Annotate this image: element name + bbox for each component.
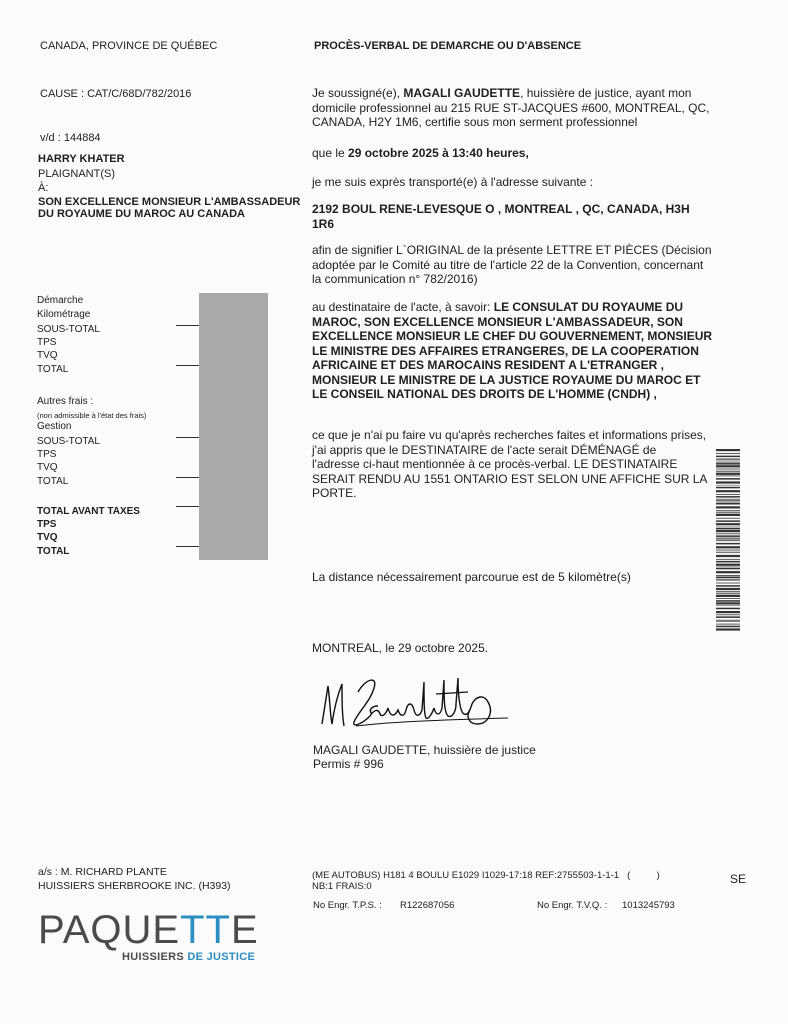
distance-statement: La distance nécessairement parcourue est… <box>312 570 712 585</box>
fee-divider <box>176 477 199 478</box>
tps-number: R122687056 <box>400 900 454 911</box>
paragraph-recipients: au destinataire de l'acte, à savoir: LE … <box>312 300 714 402</box>
reference-line1: (ME AUTOBUS) H181 4 BOULU E1029 I1029-17… <box>312 870 660 881</box>
fee-divider <box>176 506 199 507</box>
cause-number: CAUSE : CAT/C/68D/782/2016 <box>40 88 191 101</box>
fee-tvq-1: TVQ <box>37 350 58 362</box>
fee-total-before-tax: TOTAL AVANT TAXES <box>37 506 140 518</box>
fee-tps-2: TPS <box>37 449 56 461</box>
defendant-line2: DU ROYAUME DU MAROC AU CANADA <box>38 208 245 221</box>
barcode-icon <box>716 449 740 631</box>
service-address: 2192 BOUL RENE-LEVESQUE O , MONTREAL , Q… <box>312 202 707 231</box>
recipients-intro: au destinataire de l'acte, à savoir: <box>312 300 494 314</box>
jurisdiction: CANADA, PROVINCE DE QUÉBEC <box>40 40 217 53</box>
company-tagline: HUISSIERS DE JUSTICE <box>122 951 255 963</box>
service-datetime: 29 octobre 2025 à 13:40 heures, <box>348 146 529 160</box>
fee-divider <box>176 437 199 438</box>
to-label: À: <box>38 182 48 195</box>
fee-tps-3: TPS <box>37 519 56 531</box>
tvq-number: 1013245793 <box>622 900 675 911</box>
vd-number: v/d : 144884 <box>40 132 101 145</box>
place-date: MONTREAL, le 29 octobre 2025. <box>312 641 488 655</box>
logo-text-main: PAQUE <box>38 908 180 952</box>
paragraph-date: que le 29 octobre 2025 à 13:40 heures, <box>312 146 712 161</box>
tagline-main: HUISSIERS <box>122 951 187 963</box>
fee-total-2: TOTAL <box>37 476 68 488</box>
fee-total-3: TOTAL <box>37 546 69 558</box>
logo-text-accent: TT <box>180 908 231 952</box>
paragraph-purpose: afin de signifier L`ORIGINAL de la prése… <box>312 243 712 287</box>
recipients-list: LE CONSULAT DU ROYAUME DU MAROC, SON EXC… <box>312 300 712 401</box>
fee-kilometrage: Kilométrage <box>37 309 90 321</box>
paragraph-transport: je me suis exprès transporté(e) à l'adre… <box>312 175 712 190</box>
paragraph-outcome: ce que je n'ai pu faire vu qu'après rech… <box>312 428 707 501</box>
redacted-amounts <box>199 293 268 560</box>
office-code: SE <box>730 872 746 886</box>
plaintiff-name: HARRY KHATER <box>38 153 125 166</box>
signature-icon <box>318 672 514 734</box>
fee-subtotal-2: SOUS-TOTAL <box>37 436 100 448</box>
fee-other-title: Autres frais : <box>37 396 93 408</box>
tvq-label: No Engr. T.V.Q. : <box>537 900 607 911</box>
date-intro: que le <box>312 146 348 160</box>
plaintiff-role: PLAIGNANT(S) <box>38 168 115 181</box>
fee-divider <box>176 365 199 366</box>
care-of-line2: HUISSIERS SHERBROOKE INC. (H393) <box>38 880 231 893</box>
paragraph-declarant: Je soussigné(e), MAGALI GAUDETTE, huissi… <box>312 86 712 130</box>
fee-subtotal-1: SOUS-TOTAL <box>37 324 100 336</box>
care-of-line1: a/s : M. RICHARD PLANTE <box>38 866 167 879</box>
tagline-accent: DE JUSTICE <box>187 951 255 963</box>
logo-text-end: E <box>231 908 259 952</box>
declarant-name: MAGALI GAUDETTE <box>403 86 520 100</box>
reference-line2: NB:1 FRAIS:0 <box>312 881 372 892</box>
permit-number: Permis # 996 <box>313 757 384 771</box>
declarant-intro: Je soussigné(e), <box>312 86 403 100</box>
company-logo: PAQUETTE <box>38 908 259 952</box>
fee-divider <box>176 546 199 547</box>
document-title: PROCÈS-VERBAL DE DEMARCHE OU D'ABSENCE <box>314 40 581 53</box>
fee-tvq-3: TVQ <box>37 532 58 544</box>
fee-divider <box>176 325 199 326</box>
fee-total-1: TOTAL <box>37 364 68 376</box>
signer-name: MAGALI GAUDETTE, huissière de justice <box>313 743 536 757</box>
fee-tps-1: TPS <box>37 337 56 349</box>
fee-gestion: Gestion <box>37 421 71 433</box>
tps-label: No Engr. T.P.S. : <box>313 900 382 911</box>
fee-demarche: Démarche <box>37 295 83 307</box>
fee-tvq-2: TVQ <box>37 462 58 474</box>
